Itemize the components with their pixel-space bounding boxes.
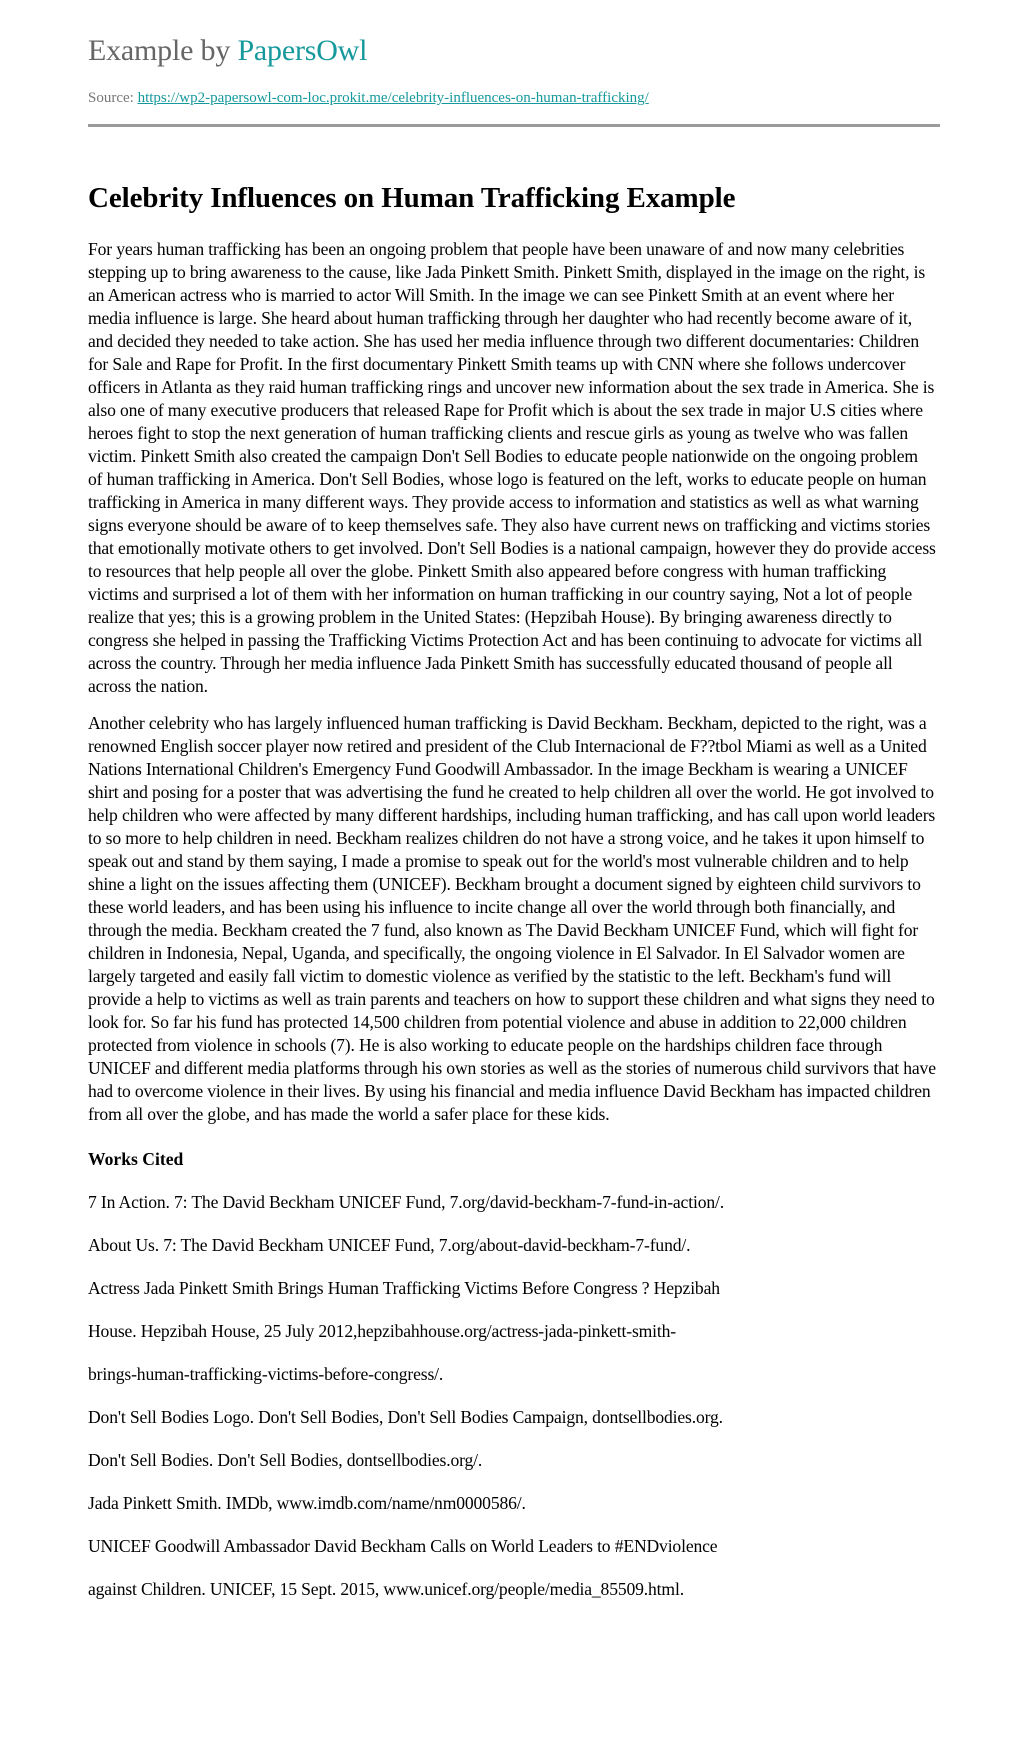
works-cited-section: Works Cited 7 In Action. 7: The David Be… <box>88 1148 936 1601</box>
brand-name: PapersOwl <box>237 34 367 67</box>
citation-line: About Us. 7: The David Beckham UNICEF Fu… <box>88 1234 936 1257</box>
works-cited-list: 7 In Action. 7: The David Beckham UNICEF… <box>88 1191 936 1601</box>
page-header: Example by PapersOwl Source: https://wp2… <box>88 0 936 127</box>
article: Celebrity Influences on Human Traffickin… <box>88 181 936 1601</box>
citation-line: House. Hepzibah House, 25 July 2012,hepz… <box>88 1320 936 1343</box>
citation-line: 7 In Action. 7: The David Beckham UNICEF… <box>88 1191 936 1214</box>
document-page: Example by PapersOwl Source: https://wp2… <box>0 0 1024 1601</box>
source-label: Source: <box>88 90 138 106</box>
paragraph: Another celebrity who has largely influe… <box>88 712 936 1126</box>
citation-line: Don't Sell Bodies. Don't Sell Bodies, do… <box>88 1449 936 1472</box>
citation-line: Don't Sell Bodies Logo. Don't Sell Bodie… <box>88 1406 936 1429</box>
citation-line: UNICEF Goodwill Ambassador David Beckham… <box>88 1535 936 1558</box>
header-divider <box>88 124 940 127</box>
citation-line: Jada Pinkett Smith. IMDb, www.imdb.com/n… <box>88 1492 936 1515</box>
source-line: Source: https://wp2-papersowl-com-loc.pr… <box>88 89 936 107</box>
brand-heading: Example by PapersOwl <box>88 0 936 71</box>
article-body: For years human trafficking has been an … <box>88 238 936 1126</box>
brand-prefix: Example by <box>88 34 237 67</box>
citation-line: against Children. UNICEF, 15 Sept. 2015,… <box>88 1578 936 1601</box>
source-link[interactable]: https://wp2-papersowl-com-loc.prokit.me/… <box>138 90 649 106</box>
works-cited-heading: Works Cited <box>88 1148 936 1171</box>
article-title: Celebrity Influences on Human Traffickin… <box>88 181 936 215</box>
paragraph: For years human trafficking has been an … <box>88 238 936 698</box>
citation-line: brings-human-trafficking-victims-before-… <box>88 1363 936 1386</box>
citation-line: Actress Jada Pinkett Smith Brings Human … <box>88 1277 936 1300</box>
